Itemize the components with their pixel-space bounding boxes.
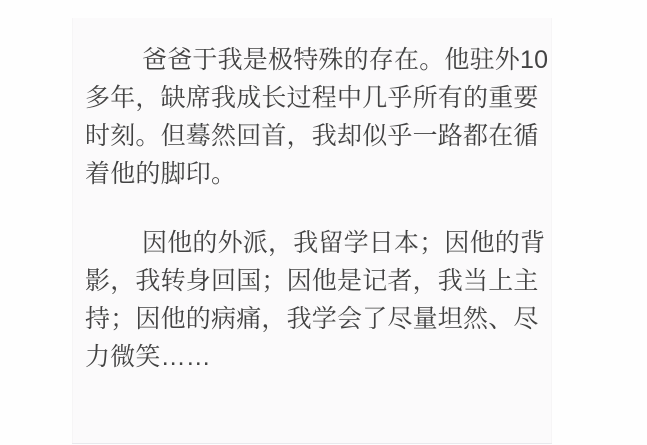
photographed-text-card: 爸爸于我是极特殊的存在。他驻外10多年，缺席我成长过程中几乎所有的重要时刻。但蓦… — [72, 18, 552, 444]
text-line: 影，我转身回国；因他是记者，我当上主 — [85, 262, 552, 300]
page-canvas: 爸爸于我是极特殊的存在。他驻外10多年，缺席我成长过程中几乎所有的重要时刻。但蓦… — [0, 0, 647, 445]
article-text: 爸爸于我是极特殊的存在。他驻外10多年，缺席我成长过程中几乎所有的重要时刻。但蓦… — [85, 41, 552, 376]
text-line: 力微笑…… — [85, 338, 552, 376]
text-line: 因他的外派，我留学日本；因他的背 — [85, 224, 552, 262]
paragraph: 因他的外派，我留学日本；因他的背影，我转身回国；因他是记者，我当上主持；因他的病… — [85, 224, 552, 376]
text-line: 时刻。但蓦然回首，我却似乎一路都在循 — [85, 117, 552, 155]
text-line: 持；因他的病痛，我学会了尽量坦然、尽 — [85, 300, 552, 338]
text-line: 着他的脚印。 — [85, 155, 552, 193]
paragraph: 爸爸于我是极特殊的存在。他驻外10多年，缺席我成长过程中几乎所有的重要时刻。但蓦… — [85, 41, 552, 193]
text-line: 爸爸于我是极特殊的存在。他驻外10 — [85, 41, 552, 79]
text-line: 多年，缺席我成长过程中几乎所有的重要 — [85, 79, 552, 117]
